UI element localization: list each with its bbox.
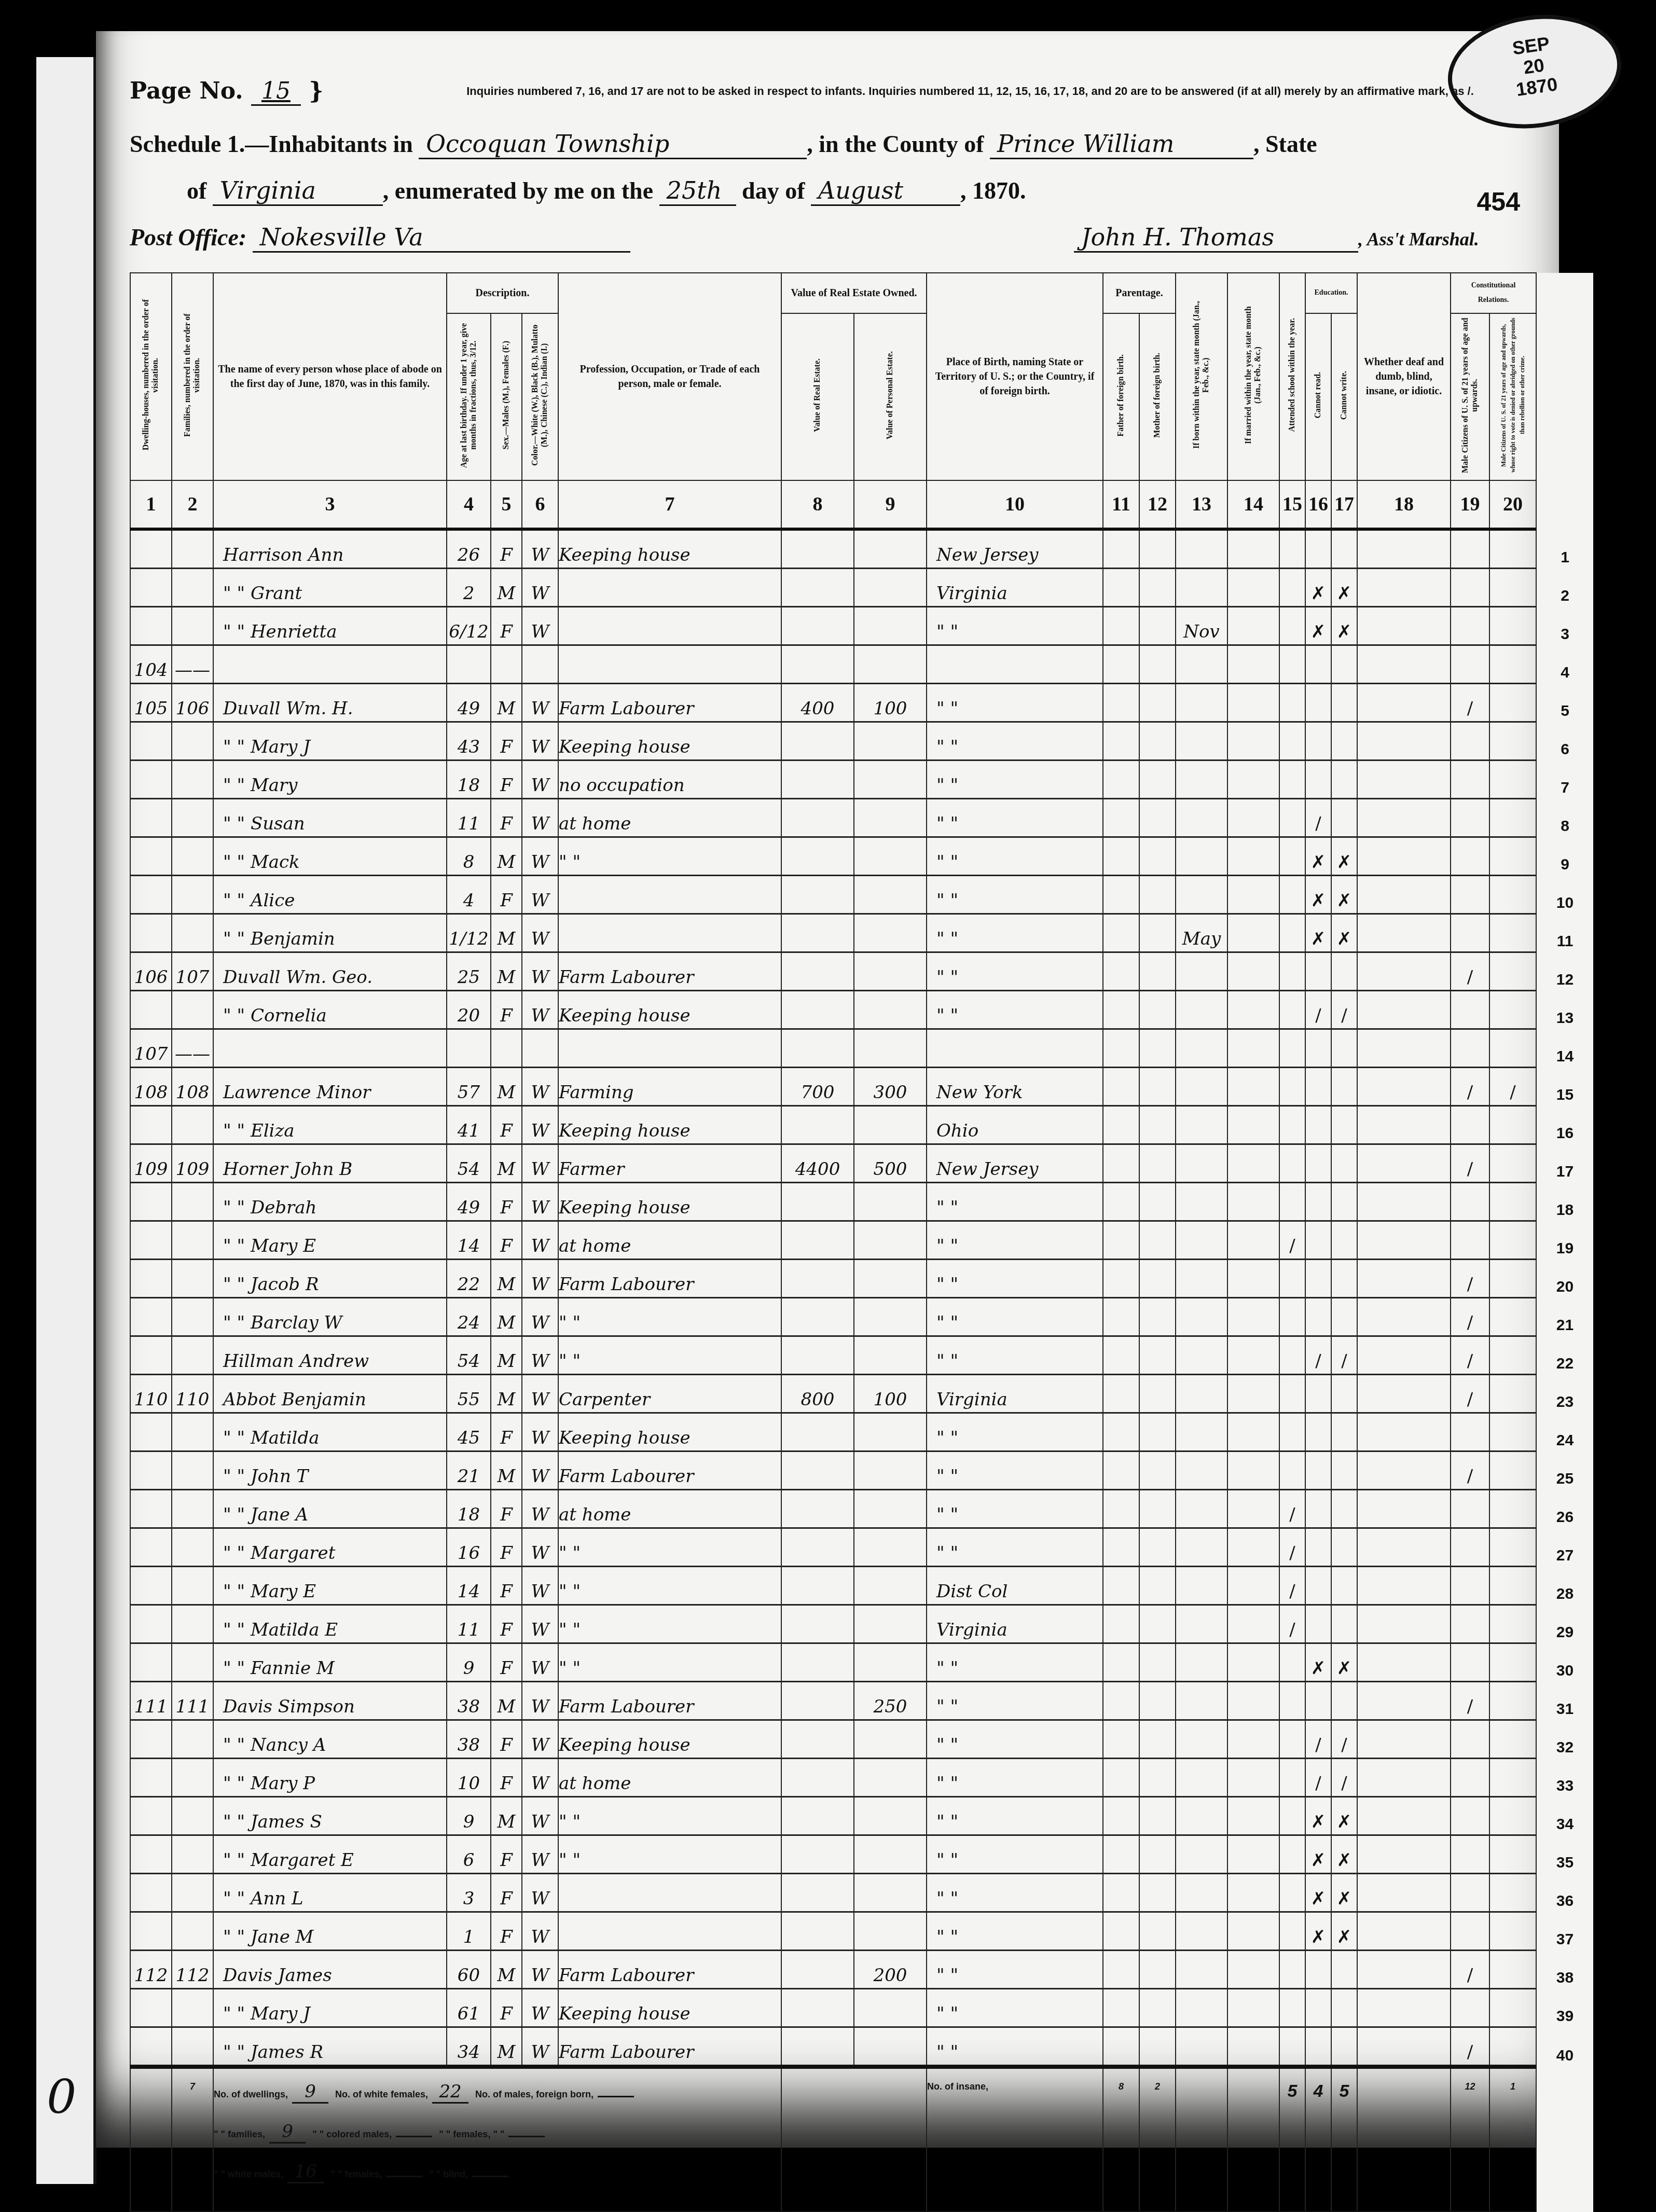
vote-denied (1489, 761, 1536, 799)
family-number (172, 1759, 213, 1797)
personal-estate-value (854, 1221, 927, 1260)
born-within-year (1176, 1835, 1227, 1874)
father-foreign (1103, 1221, 1139, 1260)
occupation: Farm Labourer (558, 1260, 781, 1298)
personal-estate-value (854, 2027, 927, 2067)
color: W (522, 1567, 558, 1605)
sex: F (491, 1567, 522, 1605)
col11-header: Father of foreign birth. (1103, 313, 1139, 480)
total-blind (472, 2176, 508, 2177)
dwelling-number (130, 1797, 172, 1835)
cannot-write (1331, 722, 1357, 761)
vote-denied (1489, 2027, 1536, 2067)
father-foreign (1103, 1029, 1139, 1068)
personal-estate-value (854, 1298, 927, 1336)
born-within-year (1176, 1029, 1227, 1068)
occupation: Farmer (558, 1144, 781, 1183)
mother-foreign (1139, 722, 1176, 761)
occupation: Farm Labourer (558, 684, 781, 722)
real-estate-value (781, 1605, 854, 1643)
sex: M (491, 1068, 522, 1106)
cannot-write (1331, 1029, 1357, 1068)
census-row: " " Cornelia 20 F W Keeping house " " / … (130, 991, 1593, 1029)
place-of-birth: Virginia (927, 1375, 1103, 1413)
vote-denied (1489, 1912, 1536, 1951)
col13-header: If born within the year, state month (Ja… (1176, 273, 1227, 480)
cannot-read (1305, 1260, 1331, 1298)
vote-denied (1489, 991, 1536, 1029)
born-within-year (1176, 569, 1227, 607)
occupation: " " (558, 1797, 781, 1835)
personal-estate-value (854, 607, 927, 645)
dwelling-number: 109 (130, 1144, 172, 1183)
family-number: —— (172, 645, 213, 684)
marshal-line: John H. Thomas, Ass't Marshal. (1074, 223, 1479, 253)
occupation (558, 914, 781, 952)
age: 6 (447, 1835, 491, 1874)
census-row: " " Mary E 14 F W " " Dist Col / 28 (130, 1567, 1593, 1605)
real-estate-value (781, 1221, 854, 1260)
deaf-blind-insane (1357, 799, 1451, 837)
cannot-write (1331, 1989, 1357, 2027)
personal-estate-value (854, 645, 927, 684)
person-name: " " Matilda (213, 1413, 447, 1451)
color: W (522, 1068, 558, 1106)
born-within-year (1176, 1490, 1227, 1528)
real-estate-value: 400 (781, 684, 854, 722)
married-within-year (1227, 952, 1279, 991)
attended-school (1279, 529, 1305, 569)
cannot-write (1331, 1221, 1357, 1260)
vote-denied (1489, 529, 1536, 569)
male-citizen-21: / (1451, 1951, 1489, 1989)
place-of-birth: " " (927, 761, 1103, 799)
mother-foreign (1139, 1835, 1176, 1874)
male-citizen-21 (1451, 1989, 1489, 2027)
family-number (172, 837, 213, 876)
father-foreign (1103, 1183, 1139, 1221)
dwelling-number (130, 529, 172, 569)
cannot-read (1305, 1144, 1331, 1183)
personal-estate-value: 500 (854, 1144, 927, 1183)
row-number-gutter (1536, 273, 1593, 529)
family-number (172, 1567, 213, 1605)
attended-school (1279, 876, 1305, 914)
person-name: Duvall Wm. H. (213, 684, 447, 722)
born-within-year (1176, 799, 1227, 837)
personal-estate-value (854, 529, 927, 569)
born-within-year (1176, 1336, 1227, 1375)
color: W (522, 837, 558, 876)
male-citizen-21 (1451, 1643, 1489, 1682)
cannot-read (1305, 1375, 1331, 1413)
mother-foreign (1139, 1759, 1176, 1797)
occupation (558, 645, 781, 684)
col8-header: Value of Real Estate. (781, 313, 854, 480)
education-group-header: Education. (1305, 273, 1357, 313)
born-within-year (1176, 837, 1227, 876)
married-within-year (1227, 1797, 1279, 1835)
cannot-write (1331, 761, 1357, 799)
sex: F (491, 1759, 522, 1797)
married-within-year (1227, 1989, 1279, 2027)
occupation: Keeping house (558, 1720, 781, 1759)
totals-summary: No. of dwellings,9 No. of white females,… (213, 2067, 781, 2212)
dwelling-number: 107 (130, 1029, 172, 1068)
family-number (172, 1451, 213, 1490)
cannot-read (1305, 1567, 1331, 1605)
family-number (172, 1797, 213, 1835)
deaf-blind-insane (1357, 914, 1451, 952)
born-within-year (1176, 1797, 1227, 1835)
attended-school (1279, 1336, 1305, 1375)
cannot-write (1331, 1451, 1357, 1490)
married-within-year (1227, 1912, 1279, 1951)
mother-foreign (1139, 914, 1176, 952)
father-foreign (1103, 1797, 1139, 1835)
attended-school (1279, 1183, 1305, 1221)
cannot-read (1305, 1528, 1331, 1567)
vote-denied (1489, 837, 1536, 876)
page-number: 15 (251, 78, 301, 106)
deaf-blind-insane (1357, 1029, 1451, 1068)
personal-estate-value: 300 (854, 1068, 927, 1106)
occupation: " " (558, 837, 781, 876)
cannot-read (1305, 1490, 1331, 1528)
col14-header: If married within the year, state month … (1227, 273, 1279, 480)
personal-estate-value (854, 1490, 927, 1528)
attended-school (1279, 684, 1305, 722)
row-number: 33 (1536, 1759, 1593, 1797)
personal-estate-value (854, 1797, 927, 1835)
instructions-text: Inquiries numbered 7, 16, and 17 are not… (410, 83, 1530, 100)
born-within-year (1176, 1989, 1227, 2027)
deaf-blind-insane (1357, 1951, 1451, 1989)
row-number: 4 (1536, 645, 1593, 684)
color: W (522, 1912, 558, 1951)
father-foreign (1103, 761, 1139, 799)
mother-foreign (1139, 1298, 1176, 1336)
age: 6/12 (447, 607, 491, 645)
place-of-birth: " " (927, 1643, 1103, 1682)
deaf-blind-insane (1357, 722, 1451, 761)
real-estate-value (781, 607, 854, 645)
father-foreign (1103, 1759, 1139, 1797)
col2-header: Families, numbered in the order of visit… (172, 273, 213, 480)
total-col11: 8 (1103, 2067, 1139, 2212)
cannot-read: ✗ (1305, 1797, 1331, 1835)
married-within-year (1227, 1413, 1279, 1451)
marshal-signature: John H. Thomas (1074, 223, 1358, 253)
person-name: " " Mary (213, 761, 447, 799)
born-within-year (1176, 1874, 1227, 1912)
mother-foreign (1139, 1029, 1176, 1068)
cannot-write (1331, 1106, 1357, 1144)
male-citizen-21 (1451, 1605, 1489, 1643)
born-within-year (1176, 1567, 1227, 1605)
vote-denied (1489, 1336, 1536, 1375)
married-within-year (1227, 1759, 1279, 1797)
age: 2 (447, 569, 491, 607)
sex: M (491, 684, 522, 722)
person-name: " " Mack (213, 837, 447, 876)
vote-denied (1489, 1144, 1536, 1183)
place-of-birth: " " (927, 1912, 1103, 1951)
sex: F (491, 1528, 522, 1567)
color: W (522, 1643, 558, 1682)
sex: M (491, 2027, 522, 2067)
occupation: Keeping house (558, 1413, 781, 1451)
col1-header: Dwelling-houses, numbered in the order o… (130, 273, 172, 480)
census-row: " " Margaret E 6 F W " " " " ✗ ✗ 35 (130, 1835, 1593, 1874)
cannot-read (1305, 1221, 1331, 1260)
family-number (172, 1528, 213, 1567)
father-foreign (1103, 1682, 1139, 1720)
occupation: Keeping house (558, 722, 781, 761)
born-within-year (1176, 952, 1227, 991)
married-within-year (1227, 1874, 1279, 1912)
born-within-year (1176, 1759, 1227, 1797)
row-number: 28 (1536, 1567, 1593, 1605)
dwelling-number (130, 1260, 172, 1298)
father-foreign (1103, 952, 1139, 991)
row-number: 22 (1536, 1336, 1593, 1375)
father-foreign (1103, 1144, 1139, 1183)
place-of-birth: New Jersey (927, 529, 1103, 569)
place-of-birth: Virginia (927, 1605, 1103, 1643)
personal-estate-value (854, 1835, 927, 1874)
row-number: 36 (1536, 1874, 1593, 1912)
parentage-group-header: Parentage. (1103, 273, 1176, 313)
mother-foreign (1139, 1567, 1176, 1605)
father-foreign (1103, 1605, 1139, 1643)
age: 24 (447, 1298, 491, 1336)
column-number-row: 123 456 789 101112 131415 161718 1920 (130, 480, 1593, 529)
sex: F (491, 876, 522, 914)
row-number: 17 (1536, 1144, 1593, 1183)
father-foreign (1103, 1490, 1139, 1528)
married-within-year (1227, 1951, 1279, 1989)
real-estate-value: 700 (781, 1068, 854, 1106)
born-within-year (1176, 1298, 1227, 1336)
attended-school (1279, 799, 1305, 837)
attended-school (1279, 2027, 1305, 2067)
cannot-read: / (1305, 991, 1331, 1029)
family-number: 108 (172, 1068, 213, 1106)
color: W (522, 1951, 558, 1989)
row-number: 21 (1536, 1298, 1593, 1336)
cannot-write: / (1331, 1720, 1357, 1759)
real-estate-value (781, 1759, 854, 1797)
married-within-year (1227, 569, 1279, 607)
cannot-write: ✗ (1331, 1797, 1357, 1835)
cannot-read (1305, 761, 1331, 799)
census-row: " " Mary 18 F W no occupation " " 7 (130, 761, 1593, 799)
personal-estate-value (854, 761, 927, 799)
dwelling-number (130, 1835, 172, 1874)
personal-estate-value (854, 1643, 927, 1682)
person-name: " " Mary J (213, 1989, 447, 2027)
place-of-birth: " " (927, 1298, 1103, 1336)
cannot-write: / (1331, 1336, 1357, 1375)
constitutional-group-header: Constitutional Relations. (1451, 273, 1536, 313)
sex: F (491, 1183, 522, 1221)
attended-school (1279, 1720, 1305, 1759)
row-number: 8 (1536, 799, 1593, 837)
row-number: 32 (1536, 1720, 1593, 1759)
total-dwellings: 9 (292, 2081, 328, 2104)
vote-denied (1489, 569, 1536, 607)
person-name: " " Jane A (213, 1490, 447, 1528)
place-of-birth: " " (927, 1989, 1103, 2027)
sex: F (491, 1874, 522, 1912)
deaf-blind-insane (1357, 1720, 1451, 1759)
person-name: " " Nancy A (213, 1720, 447, 1759)
age: 9 (447, 1643, 491, 1682)
vote-denied (1489, 1375, 1536, 1413)
person-name: Davis James (213, 1951, 447, 1989)
family-number (172, 799, 213, 837)
age: 9 (447, 1797, 491, 1835)
male-citizen-21 (1451, 1567, 1489, 1605)
cannot-write (1331, 645, 1357, 684)
attended-school (1279, 1797, 1305, 1835)
family-number (172, 1490, 213, 1528)
deaf-blind-insane (1357, 1528, 1451, 1567)
vote-denied (1489, 645, 1536, 684)
vote-denied (1489, 1528, 1536, 1567)
totals-left-mark: 7 (172, 2067, 213, 2212)
cannot-write (1331, 1413, 1357, 1451)
person-name: " " Mary P (213, 1759, 447, 1797)
cannot-read: ✗ (1305, 1874, 1331, 1912)
mother-foreign (1139, 1260, 1176, 1298)
place-of-birth (927, 1029, 1103, 1068)
attended-school (1279, 1413, 1305, 1451)
row-number: 5 (1536, 684, 1593, 722)
census-row: 112 112 Davis James 60 M W Farm Labourer… (130, 1951, 1593, 1989)
sex: M (491, 1375, 522, 1413)
personal-estate-value (854, 876, 927, 914)
male-citizen-21 (1451, 799, 1489, 837)
family-number (172, 1260, 213, 1298)
vote-denied (1489, 1490, 1536, 1528)
personal-estate-value (854, 1759, 927, 1797)
row-number: 2 (1536, 569, 1593, 607)
age: 18 (447, 1490, 491, 1528)
row-number: 11 (1536, 914, 1593, 952)
father-foreign (1103, 1567, 1139, 1605)
place-of-birth: " " (927, 684, 1103, 722)
age: 26 (447, 529, 491, 569)
vote-denied (1489, 1643, 1536, 1682)
vote-denied (1489, 1221, 1536, 1260)
place-of-birth: " " (927, 1221, 1103, 1260)
total-males-foreign (598, 2096, 634, 2097)
row-number: 37 (1536, 1912, 1593, 1951)
place-of-birth: " " (927, 952, 1103, 991)
color: W (522, 991, 558, 1029)
married-within-year (1227, 1336, 1279, 1375)
total-females-foreign (508, 2136, 545, 2137)
cannot-write (1331, 1183, 1357, 1221)
cannot-write: ✗ (1331, 1874, 1357, 1912)
place-of-birth: " " (927, 991, 1103, 1029)
deaf-blind-insane (1357, 1989, 1451, 2027)
sex: F (491, 991, 522, 1029)
sex: M (491, 837, 522, 876)
col9-header: Value of Personal Estate. (854, 313, 927, 480)
color: W (522, 1528, 558, 1567)
vote-denied (1489, 1874, 1536, 1912)
age: 14 (447, 1221, 491, 1260)
sex: F (491, 1413, 522, 1451)
vote-denied (1489, 1183, 1536, 1221)
mother-foreign (1139, 1144, 1176, 1183)
personal-estate-value (854, 799, 927, 837)
age: 3 (447, 1874, 491, 1912)
personal-estate-value (854, 1874, 927, 1912)
cannot-read: ✗ (1305, 1912, 1331, 1951)
cannot-read (1305, 1413, 1331, 1451)
mother-foreign (1139, 1989, 1176, 2027)
deaf-blind-insane (1357, 1682, 1451, 1720)
male-citizen-21 (1451, 1874, 1489, 1912)
person-name: " " Mary E (213, 1567, 447, 1605)
married-within-year (1227, 914, 1279, 952)
color: W (522, 1874, 558, 1912)
father-foreign (1103, 1260, 1139, 1298)
cannot-read: / (1305, 1336, 1331, 1375)
row-number: 7 (1536, 761, 1593, 799)
dwelling-number (130, 1720, 172, 1759)
dwelling-number (130, 1912, 172, 1951)
age: 61 (447, 1989, 491, 2027)
deaf-blind-insane (1357, 1298, 1451, 1336)
vote-denied (1489, 1797, 1536, 1835)
total-col17: 5 (1331, 2067, 1357, 2212)
person-name: " " Margaret (213, 1528, 447, 1567)
cannot-read: ✗ (1305, 1835, 1331, 1874)
married-within-year (1227, 1068, 1279, 1106)
census-row: 110 110 Abbot Benjamin 55 M W Carpenter … (130, 1375, 1593, 1413)
born-within-year (1176, 876, 1227, 914)
cannot-read: / (1305, 799, 1331, 837)
born-within-year (1176, 1221, 1227, 1260)
father-foreign (1103, 1643, 1139, 1682)
place-of-birth: " " (927, 1451, 1103, 1490)
personal-estate-value (854, 1336, 927, 1375)
census-row: " " Matilda E 11 F W " " Virginia / 29 (130, 1605, 1593, 1643)
father-foreign (1103, 876, 1139, 914)
color: W (522, 2027, 558, 2067)
occupation: " " (558, 1336, 781, 1375)
born-within-year (1176, 1183, 1227, 1221)
deaf-blind-insane (1357, 1567, 1451, 1605)
male-citizen-21 (1451, 1528, 1489, 1567)
census-row: 107 —— 14 (130, 1029, 1593, 1068)
born-within-year: May (1176, 914, 1227, 952)
row-number: 6 (1536, 722, 1593, 761)
male-citizen-21: / (1451, 1144, 1489, 1183)
real-estate-value (781, 1183, 854, 1221)
real-estate-value (781, 1682, 854, 1720)
age: 38 (447, 1682, 491, 1720)
real-estate-value (781, 914, 854, 952)
census-row: " " Barclay W 24 M W " " " " / 21 (130, 1298, 1593, 1336)
deaf-blind-insane (1357, 569, 1451, 607)
dwelling-number (130, 1874, 172, 1912)
